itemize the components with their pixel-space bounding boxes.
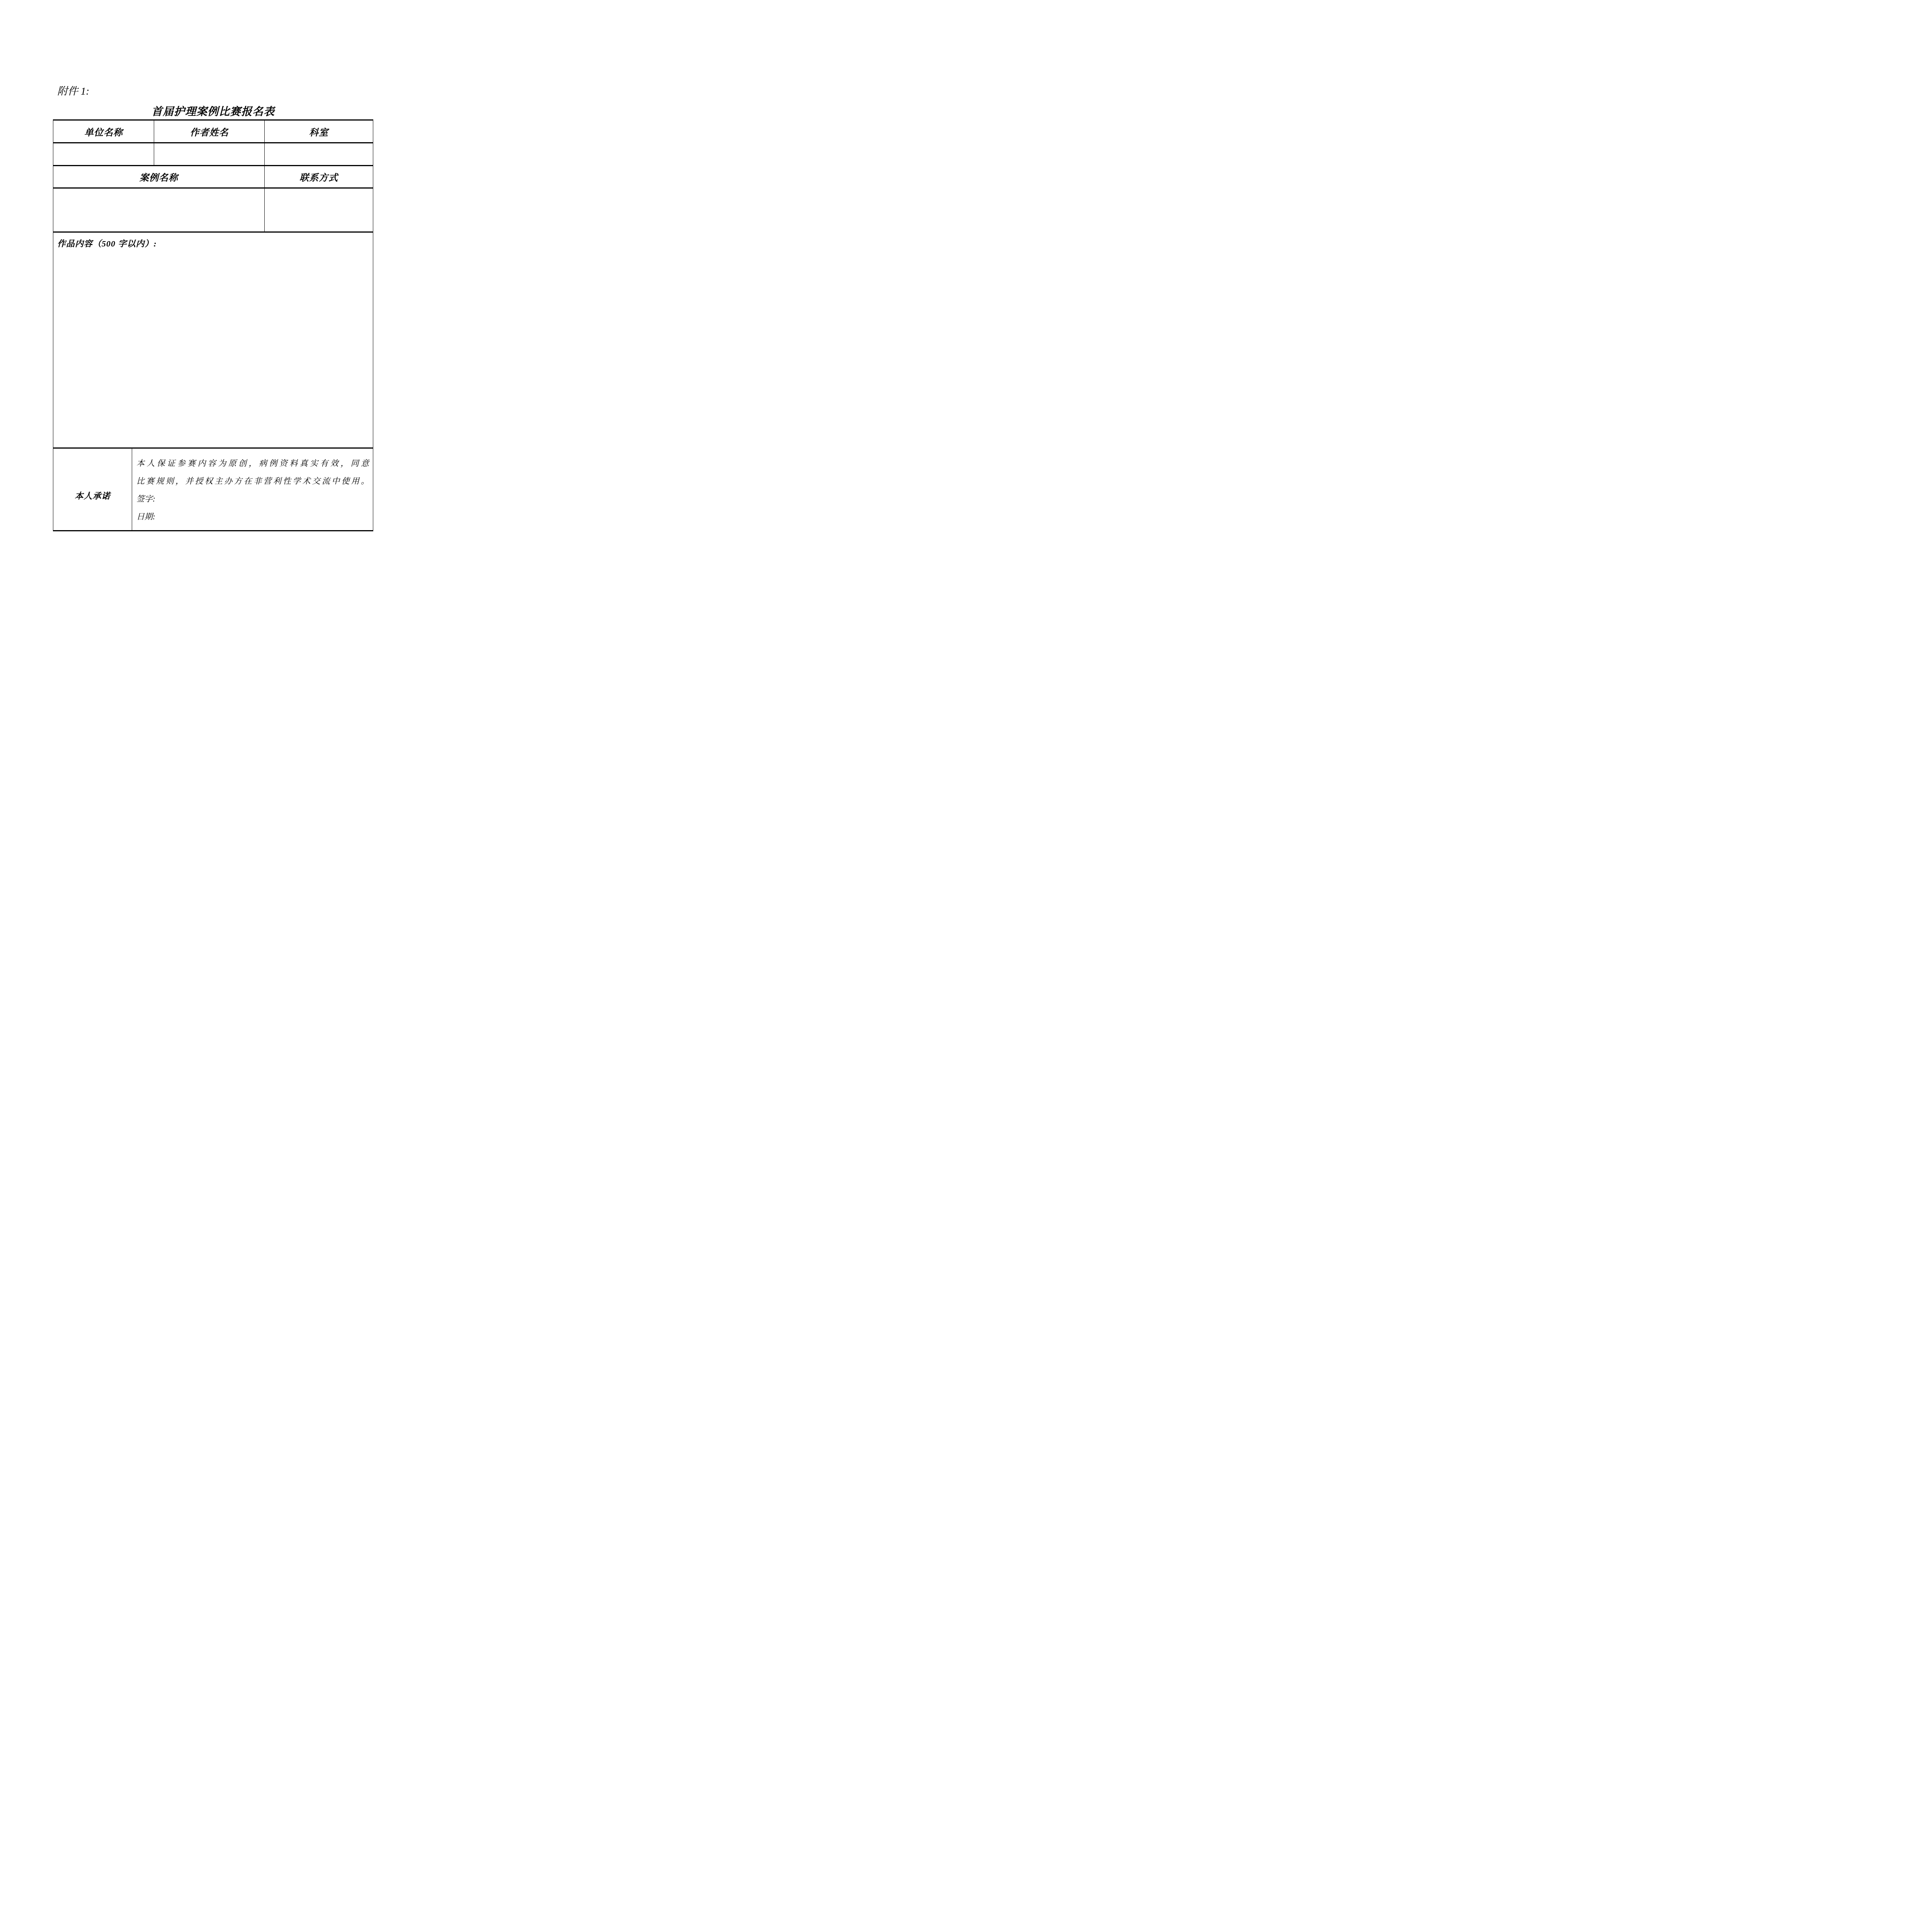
date-label: 日期:: [136, 508, 369, 526]
document-page: 附件 1: 首届护理案例比赛报名表 单位名称 作者姓名 科室 案例名称 联系方式…: [0, 0, 426, 603]
page-title: 首届护理案例比赛报名表: [53, 103, 373, 119]
registration-form-table: 单位名称 作者姓名 科室 案例名称 联系方式 作品内容（500 字以内）: 本人…: [53, 119, 373, 531]
content-row: 作品内容（500 字以内）:: [53, 233, 373, 449]
header-cell-author-name: 作者姓名: [154, 121, 265, 142]
statement-line-1: 本人保证参赛内容为原创，病例资料真实有效，同意: [136, 454, 369, 472]
header-cell-contact: 联系方式: [265, 166, 373, 187]
unit-name-input-cell[interactable]: [53, 143, 154, 165]
signature-label: 签字:: [136, 490, 369, 508]
header-cell-unit-name: 单位名称: [53, 121, 154, 142]
table-header-row: 单位名称 作者姓名 科室: [53, 121, 373, 143]
statement-line-2: 比赛规则，并授权主办方在非营利性学术交流中使用。: [136, 472, 369, 490]
case-name-input-cell[interactable]: [53, 189, 265, 231]
attachment-label: 附件 1:: [57, 83, 89, 98]
contact-input-cell[interactable]: [265, 189, 373, 231]
table-entry-row-1: [53, 143, 373, 166]
table-entry-row-2: [53, 189, 373, 233]
header-cell-department: 科室: [265, 121, 373, 142]
content-label: 作品内容（500 字以内）:: [57, 237, 157, 249]
author-name-input-cell[interactable]: [154, 143, 265, 165]
content-input-cell[interactable]: 作品内容（500 字以内）:: [53, 233, 373, 447]
commitment-row: 本人承诺 本人保证参赛内容为原创，病例资料真实有效，同意 比赛规则，并授权主办方…: [53, 449, 373, 530]
table-subheader-row: 案例名称 联系方式: [53, 166, 373, 189]
department-input-cell[interactable]: [265, 143, 373, 165]
commitment-statement-cell[interactable]: 本人保证参赛内容为原创，病例资料真实有效，同意 比赛规则，并授权主办方在非营利性…: [132, 449, 373, 530]
header-cell-case-name: 案例名称: [53, 166, 265, 187]
commitment-label-cell: 本人承诺: [53, 449, 132, 530]
